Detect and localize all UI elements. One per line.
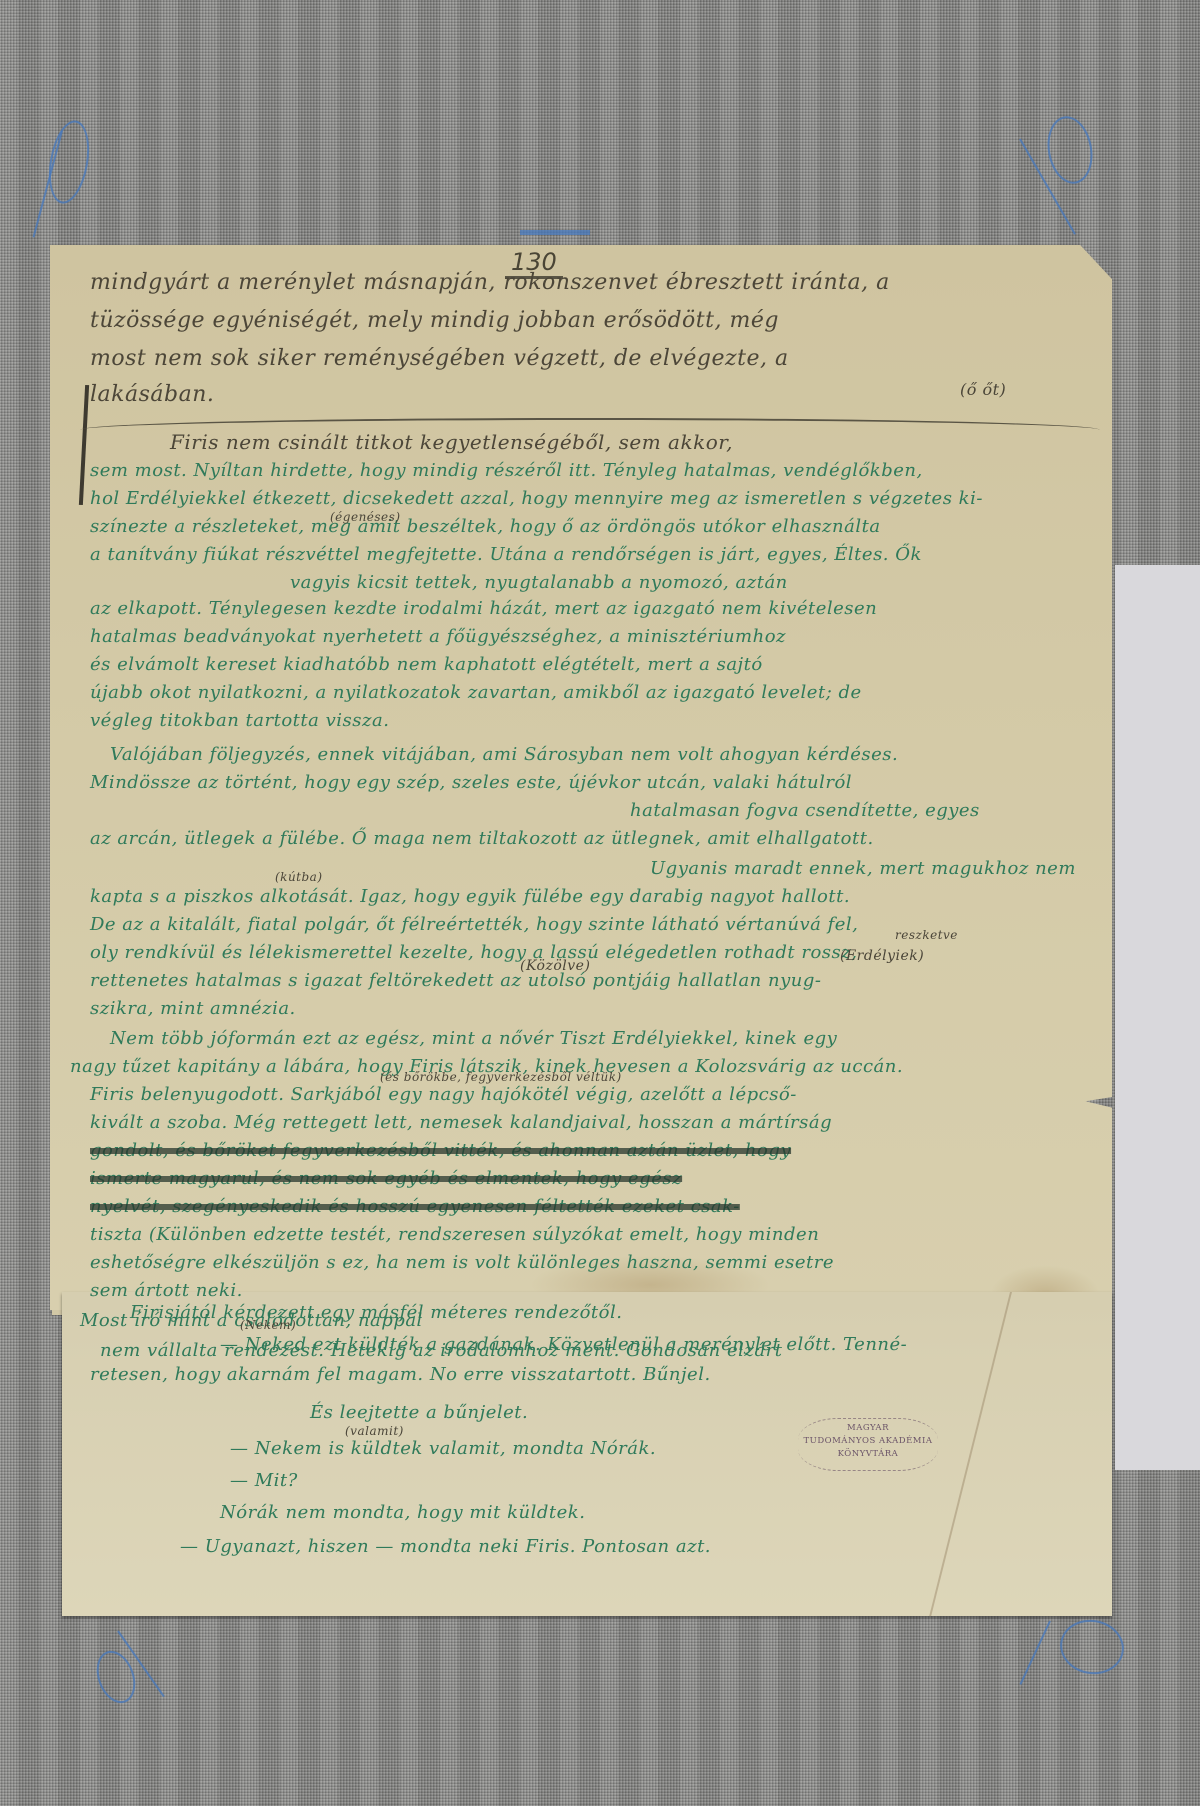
stamp-line-1: MAGYAR (798, 1422, 938, 1435)
ink-line: a tanítvány fiúkat részvéttel megfejtett… (90, 544, 922, 565)
slip-line: — Nekem is küldtek valamit, mondta Nórák… (230, 1438, 656, 1459)
ink-line: szikra, mint amnézia. (90, 998, 296, 1019)
ink-line-struck: nyelvét, szegényeskedik és hosszú egyene… (90, 1196, 740, 1217)
interlinear-insert: reszketve (895, 928, 958, 942)
interlinear-insert: (és bőrökbe, fegyverkezésből véltük) (380, 1070, 622, 1084)
ink-line: Ugyanis maradt ennek, mert magukhoz nem (650, 858, 1076, 879)
interlinear-insert: (valamit) (345, 1424, 404, 1438)
corner-mark-top-center (520, 230, 590, 235)
corner-mark-bottom-right-stroke (1020, 1621, 1051, 1685)
stamp-line-3: KÖNYVTÁRA (798, 1448, 938, 1461)
interlinear-insert: (égenéses) (330, 510, 401, 524)
stamp-line-2: TUDOMÁNYOS AKADÉMIA (798, 1435, 938, 1448)
ink-line: hatalmas beadványokat nyerhetett a főügy… (90, 626, 786, 647)
corner-mark-top-right (1042, 113, 1097, 188)
slip-line: — Mit? (230, 1470, 298, 1491)
ink-line: sem most. Nyíltan hirdette, hogy mindig … (90, 460, 923, 481)
ink-line: oly rendkívül és lélekismerettel kezelte… (90, 942, 858, 963)
slip-line: És leejtette a bűnjelet. (310, 1402, 528, 1423)
pencil-line: lakásában. (90, 382, 214, 407)
ink-line: Nem több jóformán ezt az egész, mint a n… (110, 1028, 837, 1049)
ink-line: sem ártott neki. (90, 1280, 243, 1301)
ink-line: Valójában följegyzés, ennek vitájában, a… (110, 744, 898, 765)
interlinear-insert: (Erdélyiek) (840, 948, 924, 964)
interlinear-insert: (kútba) (275, 870, 323, 884)
white-backing-card (1115, 565, 1200, 1470)
ink-line: kivált a szoba. Még rettegett lett, neme… (90, 1112, 832, 1133)
ink-line: újabb okot nyilatkozni, a nyilatkozatok … (90, 682, 862, 703)
ink-line: tiszta (Különben edzette testét, rendsze… (90, 1224, 819, 1245)
ink-line: eshetőségre elkészüljön s ez, ha nem is … (90, 1252, 834, 1273)
ink-line-struck: ismerte magyarul, és nem sok egyéb és el… (90, 1168, 682, 1189)
ink-line: Firis belenyugodott. Sarkjából egy nagy … (90, 1084, 797, 1105)
pencil-line: mindgyárt a merénylet másnapján, rokonsz… (90, 270, 890, 295)
interlinear-insert: (Nekem) (240, 1318, 296, 1332)
ink-line-struck: gondolt, és bőröket fegyverkezésből vitt… (90, 1140, 791, 1161)
margin-insert-top: (ő őt) (960, 380, 1006, 399)
ink-line: és elvámolt kereset kiadhatóbb nem kapha… (90, 654, 763, 675)
corner-mark-bottom-right (1056, 1615, 1128, 1679)
ink-line: az elkapott. Ténylegesen kezdte irodalmi… (90, 598, 877, 619)
ink-line: hatalmasan fogva csendítette, egyes (630, 800, 980, 821)
library-stamp: MAGYAR TUDOMÁNYOS AKADÉMIA KÖNYVTÁRA (798, 1418, 938, 1471)
ink-line: kapta s a piszkos alkotását. Igaz, hogy … (90, 886, 850, 907)
pencil-line: tüzössége egyéniségét, mely mindig jobba… (90, 308, 779, 333)
ink-line: az arcán, ütlegek a fülébe. Ő maga nem t… (90, 828, 874, 849)
ink-line: Firis nem csinált titkot kegyetlenségébő… (170, 430, 733, 454)
ink-line: vagyis kicsit tettek, nyugtalanabb a nyo… (290, 572, 788, 593)
slip-line: Firisjától kérdezett egy másfél méteres … (130, 1302, 622, 1323)
slip-line: — Ugyanazt, hiszen — mondta neki Firis. … (180, 1536, 711, 1557)
pencil-line: most nem sok siker reménységében végzett… (90, 346, 789, 371)
ink-line: végleg titokban tartotta vissza. (90, 710, 389, 731)
corner-mark-top-left (43, 117, 95, 206)
ink-line: színezte a részleteket, meg amit beszélt… (90, 516, 881, 537)
interlinear-insert: (Közölve) (520, 958, 590, 974)
slip-line: retesen, hogy akarnám fel magam. No erre… (90, 1364, 711, 1385)
ink-line: De az a kitalált, fiatal polgár, őt félr… (90, 914, 858, 935)
slip-line: — Neked ezt küldték a gazdának. Közvetle… (220, 1334, 907, 1355)
ink-line: Mindössze az történt, hogy egy szép, sze… (90, 772, 852, 793)
slip-line: Nórák nem mondta, hogy mit küldtek. (220, 1502, 585, 1523)
ink-line: hol Erdélyiekkel étkezett, dicsekedett a… (90, 488, 983, 509)
ink-line: rettenetes hatalmas s igazat feltörekede… (90, 970, 821, 991)
